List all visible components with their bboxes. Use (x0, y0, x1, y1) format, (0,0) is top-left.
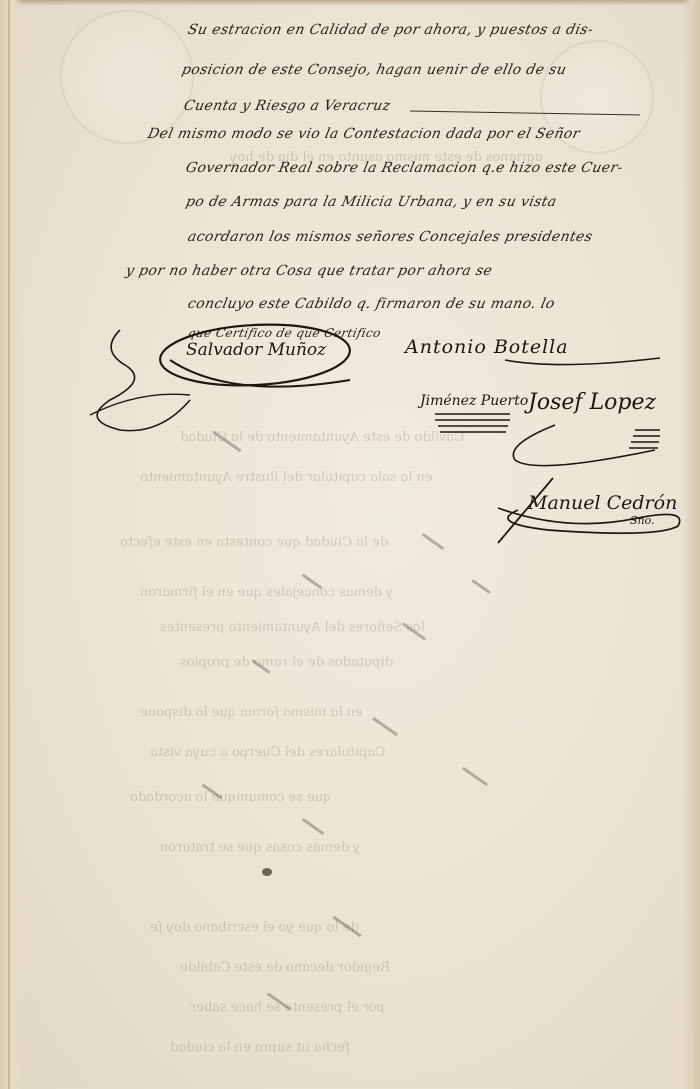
page-fold-line (8, 0, 10, 1089)
bleed-through-line: fecha ut supra en la ciudad (169, 1040, 351, 1055)
bleed-stroke (471, 579, 491, 594)
body-line: Governador Real sobre la Reclamacion q.e… (184, 160, 624, 176)
signature-salvador-munoz: Salvador Muñoz (186, 340, 326, 360)
bleed-stroke (372, 717, 398, 737)
body-line: Del mismo modo se vio la Contestacion da… (146, 126, 581, 142)
bleed-through-line: Capitulares del Cuerpo a cuya vista (149, 745, 387, 760)
body-line: Cuenta y Riesgo a Veracruz (182, 98, 392, 114)
signature-josef-lopez: Josef Lopez (528, 390, 656, 415)
bleed-through-line: que se comunique lo acordado (129, 790, 333, 805)
signature-flourish-lopez (495, 420, 665, 480)
page-top-edge (0, 0, 700, 6)
bleed-stroke (462, 767, 488, 787)
signature-flourish-cedron (488, 478, 688, 548)
body-line: y por no haber otra Cosa que tratar por … (124, 263, 494, 279)
body-line: posicion de este Consejo, hagan uenir de… (180, 62, 568, 78)
embossed-seal (60, 10, 194, 144)
bleed-through-line: de la Ciudad que contesta en este efecto (119, 535, 390, 550)
bleed-through-line: Regidor decano de este Cabildo (179, 960, 392, 975)
signature-underline-botella (500, 352, 670, 372)
ink-blot (262, 868, 272, 876)
page-binding-edge (0, 0, 22, 1089)
bleed-through-line: en la sala capitular del ilustre Ayuntam… (139, 470, 434, 485)
line-ending-rule (410, 108, 650, 118)
body-line: concluyo este Cabildo q. firmaron de su … (186, 296, 556, 312)
bleed-through-line: en la misma forma que lo dispone (139, 705, 364, 720)
bleed-through-line: diputados de el ramo de propios (179, 655, 395, 670)
bleed-through-line: y demas cosas que se trataron (159, 840, 362, 855)
bleed-stroke (421, 533, 444, 550)
bleed-through-line: de lo que yo el escribano doy fe (149, 920, 360, 935)
bleed-through-line: y demas concejales que en el firmaron (139, 585, 395, 600)
bleed-stroke (301, 818, 324, 835)
manuscript-page: agrianos de este mismo asunto en el dia … (0, 0, 700, 1089)
body-line: acordaron los mismos señores Concejales … (186, 229, 594, 245)
bleed-through-line: los Señores del Ayuntamiento presentes (159, 620, 426, 635)
body-line: Su estracion en Calidad de por ahora, y … (186, 22, 595, 38)
signature-jimenez-puerto: Jiménez Puerto (420, 393, 528, 409)
body-line: po de Armas para la Milicia Urbana, y en… (184, 194, 558, 210)
